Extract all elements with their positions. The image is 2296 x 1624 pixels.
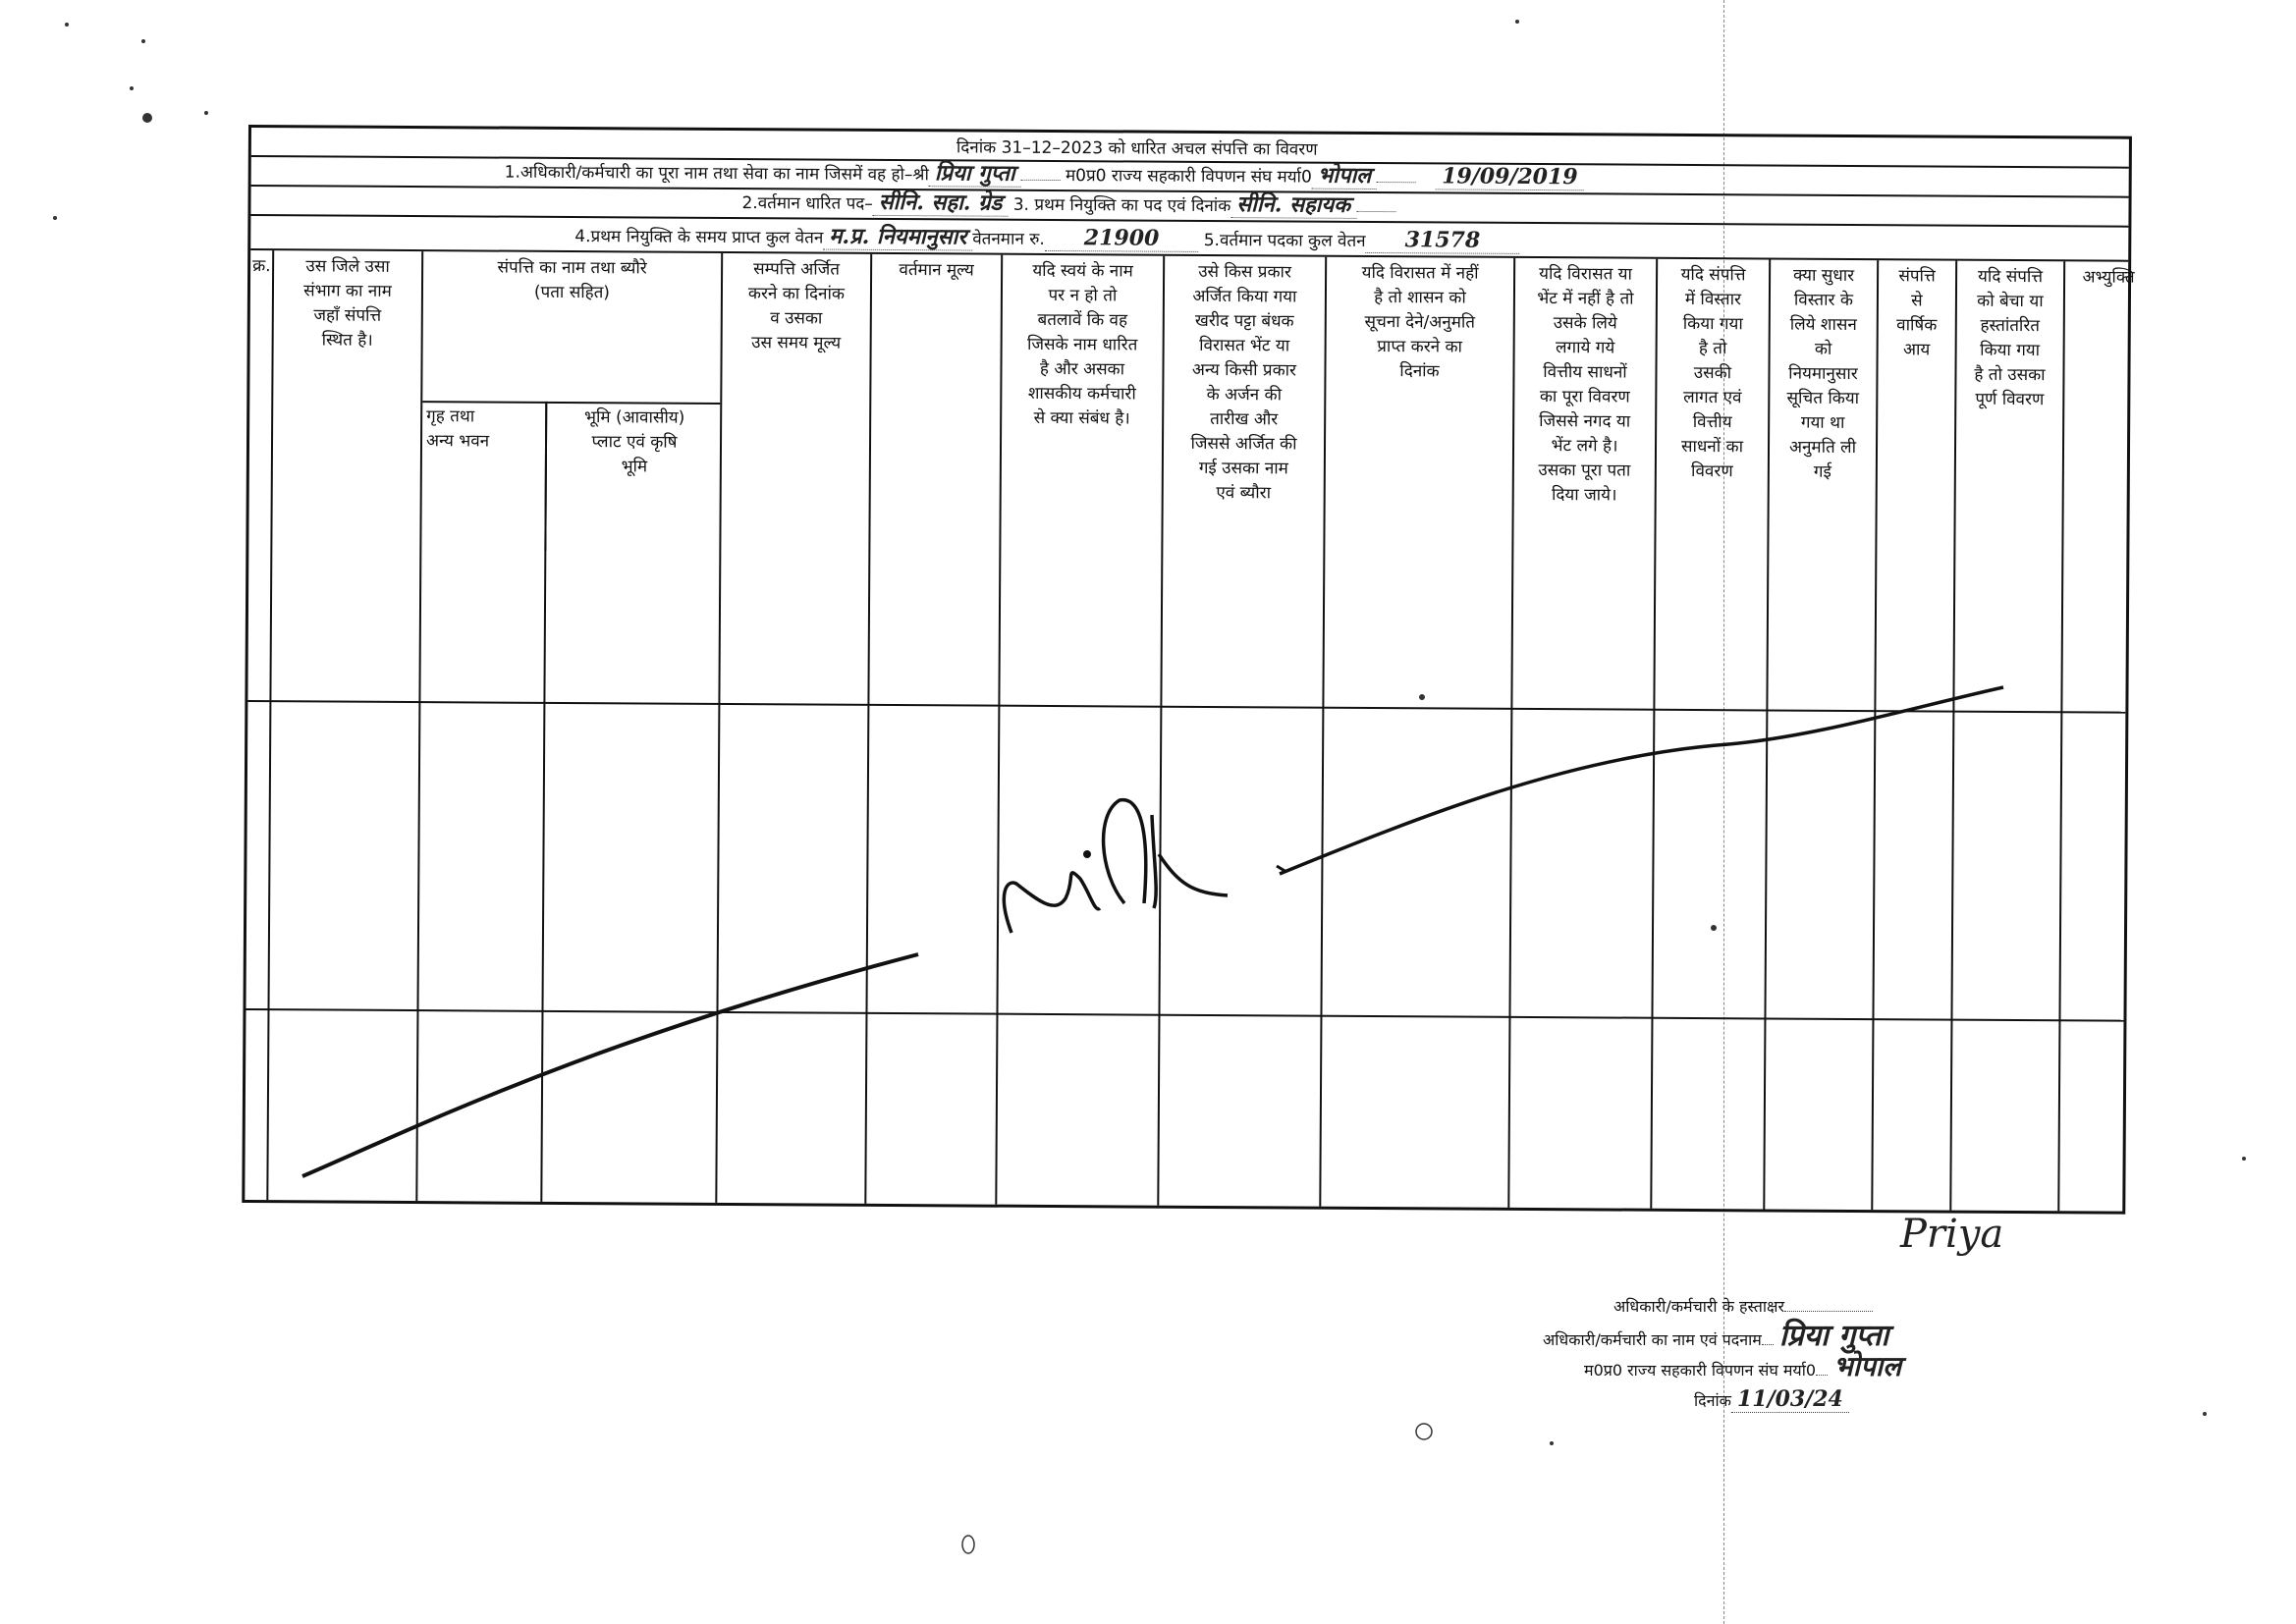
scan-noise	[0, 0, 2296, 1624]
scanned-form-page: दिनांक 31–12–2023 को धारित अचल संपत्ति क…	[0, 0, 2296, 1624]
